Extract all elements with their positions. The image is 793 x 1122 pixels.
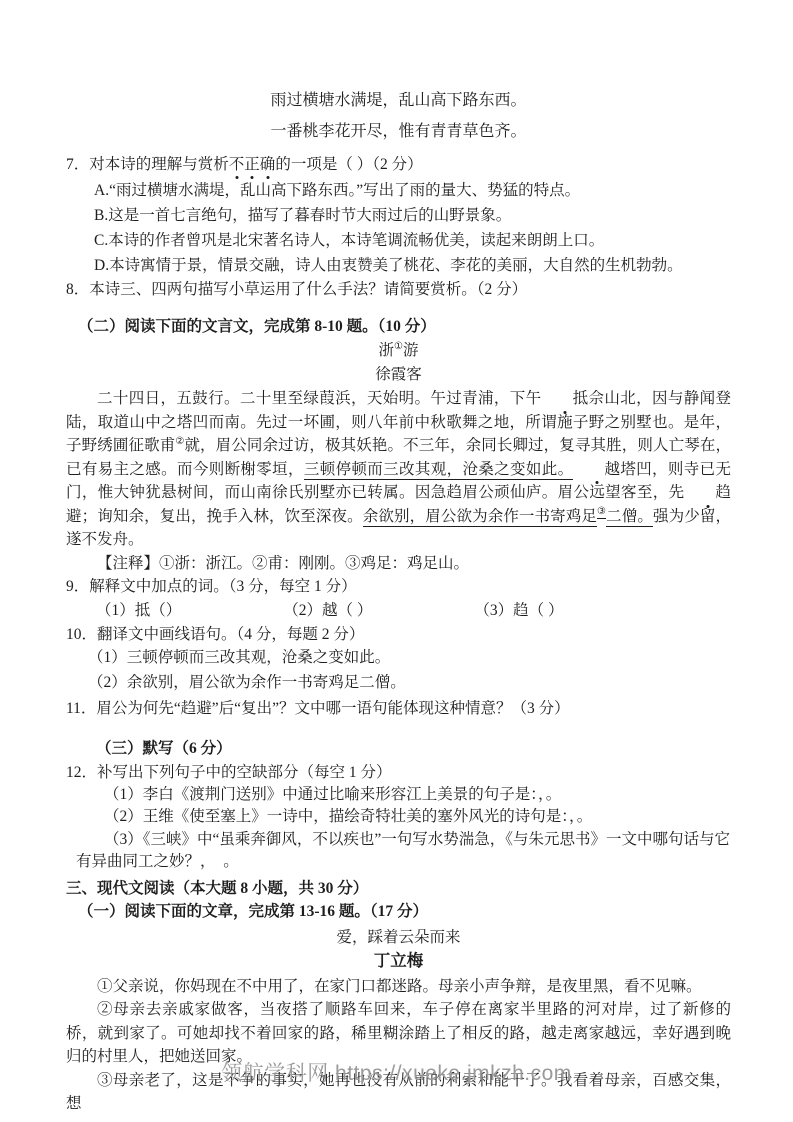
- text-segment: 浙: [379, 342, 395, 359]
- question-9-blank-3: （3）趋（ ）: [474, 598, 563, 623]
- note-superscript: ③: [597, 506, 606, 519]
- essay-paragraph-1: ①父亲说，你妈现在不中用了，在家门口都迷路。母亲小声争辩，是夜里黑，看不见嘛。: [66, 975, 731, 999]
- emphasized-char: 正: [244, 153, 260, 176]
- section-heading-moxie: （三）默写（6 分）: [66, 737, 731, 761]
- text-segment: 三顿停顿而三改其观，沧桑之变如此。: [304, 461, 574, 480]
- emphasized-char: 趋: [684, 481, 731, 505]
- emphasized-char: 抵: [542, 387, 589, 411]
- question-12-item-1: （1）李白《渡荆门送别》中通过比喻来形容江上美景的句子是：，。: [66, 784, 731, 807]
- question-12-stem: 12．补写出下列句子中的空缺部分（每空 1 分）: [66, 761, 731, 784]
- text-segment: 的一项是（ ）（2 分）: [275, 156, 422, 173]
- question-10-item-1: （1）三顿停顿而三改其观，沧桑之变如此。: [66, 647, 731, 669]
- question-11-stem: 11．眉公为何先“趋避”后“复出”？文中哪一语句能体现这种情意？（3 分）: [66, 697, 731, 720]
- question-10-stem: 10．翻译文中画线语句。（4 分，每题 2 分）: [66, 623, 731, 646]
- subsection-heading-essay: （一）阅读下面的文章，完成第 13-16 题。（17 分）: [66, 900, 731, 924]
- question-7-option-c: C.本诗的作者曾巩是北宋著名诗人，本诗笔调流畅优美，读起来朗朗上口。: [66, 228, 731, 253]
- question-9-blank-1: （1）抵（）: [96, 598, 181, 623]
- classical-passage: 二十四日，五鼓行。二十里至绿葭浜，天始明。午过青浦，下午抵佘山北，因与静闻登陆，…: [66, 387, 731, 552]
- watermark-text: 领航学科网 https://xueke.jmkzh.com: [221, 1062, 572, 1086]
- emphasized-char: 不: [229, 153, 245, 176]
- poem-line: 雨过横塘水满堤，乱山高下路东西。: [66, 86, 731, 115]
- question-9-blank-2: （2）越（ ）: [283, 598, 372, 623]
- emphasized-char: 确: [260, 153, 276, 176]
- question-7-stem: 7．对本诗的理解与赏析不正确的一项是（ ）（2 分）: [66, 153, 731, 176]
- essay-author: 丁立梅: [66, 950, 731, 972]
- question-10-item-2: （2）余欲别，眉公欲为余作一书寄鸡足二僧。: [66, 672, 731, 694]
- note-superscript: ①: [394, 341, 403, 352]
- question-9-blanks: （1）抵（）（2）越（ ）（3）趋（ ）: [66, 598, 731, 623]
- text-segment: 二十四日，五鼓行。二十里至绿葭浜，天始明。午过青浦，下午: [97, 390, 542, 407]
- section-heading-wenyan: （二）阅读下面的文言文，完成第 8-10 题。（10 分）: [66, 315, 731, 339]
- essay-paragraph-2: ②母亲去亲戚家做客，当夜搭了顺路车回来，车子停在离家半里路的河对岸，过了新修的桥…: [66, 998, 731, 1069]
- text-segment: 游: [403, 342, 419, 359]
- text-segment: 避；询知余，复出，挽手入林，饮至深夜。: [66, 508, 363, 525]
- question-9-stem: 9．解释文中加点的词。（3 分，每空 1 分）: [66, 575, 731, 598]
- passage-title: 浙①游: [66, 339, 731, 363]
- exam-page: 雨过横塘水满堤，乱山高下路东西。 一番桃李花开尽，惟有青青草色齐。 7．对本诗的…: [0, 0, 793, 1122]
- text-segment: 余欲别，眉公欲为余作一书寄鸡足: [363, 508, 597, 527]
- text-segment: 7．对本诗的理解与赏析: [66, 156, 229, 173]
- passage-notes: 【注释】①浙：浙江。②甫：刚刚。③鸡足：鸡足山。: [66, 552, 731, 575]
- poem-line: 一番桃李花开尽，惟有青青草色齐。: [66, 117, 731, 146]
- passage-author: 徐霞客: [66, 363, 731, 387]
- question-8-stem: 8．本诗三、四两句描写小草运用了什么手法？请简要赏析。（2 分）: [66, 278, 731, 301]
- essay-title: 爱，踩着云朵而来: [66, 927, 731, 949]
- question-12-item-2: （2）王维《使至塞上》一诗中，描绘奇特壮美的塞外风光的诗句是：，。: [66, 806, 731, 829]
- question-7-option-a: A.“雨过横塘水满堤，乱山高下路东西。”写出了雨的量大、势猛的特点。: [66, 178, 731, 203]
- question-7-option-b: B.这是一首七言绝句，描写了暮春时节大雨过后的山野景象。: [66, 203, 731, 228]
- question-12-item-3: （3）《三峡》中“虽乘奔御风，不以疾也”一句写水势湍急，《与朱元思书》一文中哪句…: [66, 829, 731, 874]
- text-segment: 二僧。: [606, 508, 653, 527]
- section-heading-xiandai: 三、现代文阅读（本大题 8 小题，共 30 分）: [66, 877, 731, 900]
- emphasized-char: 越: [573, 458, 620, 482]
- question-7-option-d: D.本诗寓情于景，情景交融，诗人由衷赞美了桃花、李花的美丽，大自然的生机勃勃。: [66, 253, 731, 278]
